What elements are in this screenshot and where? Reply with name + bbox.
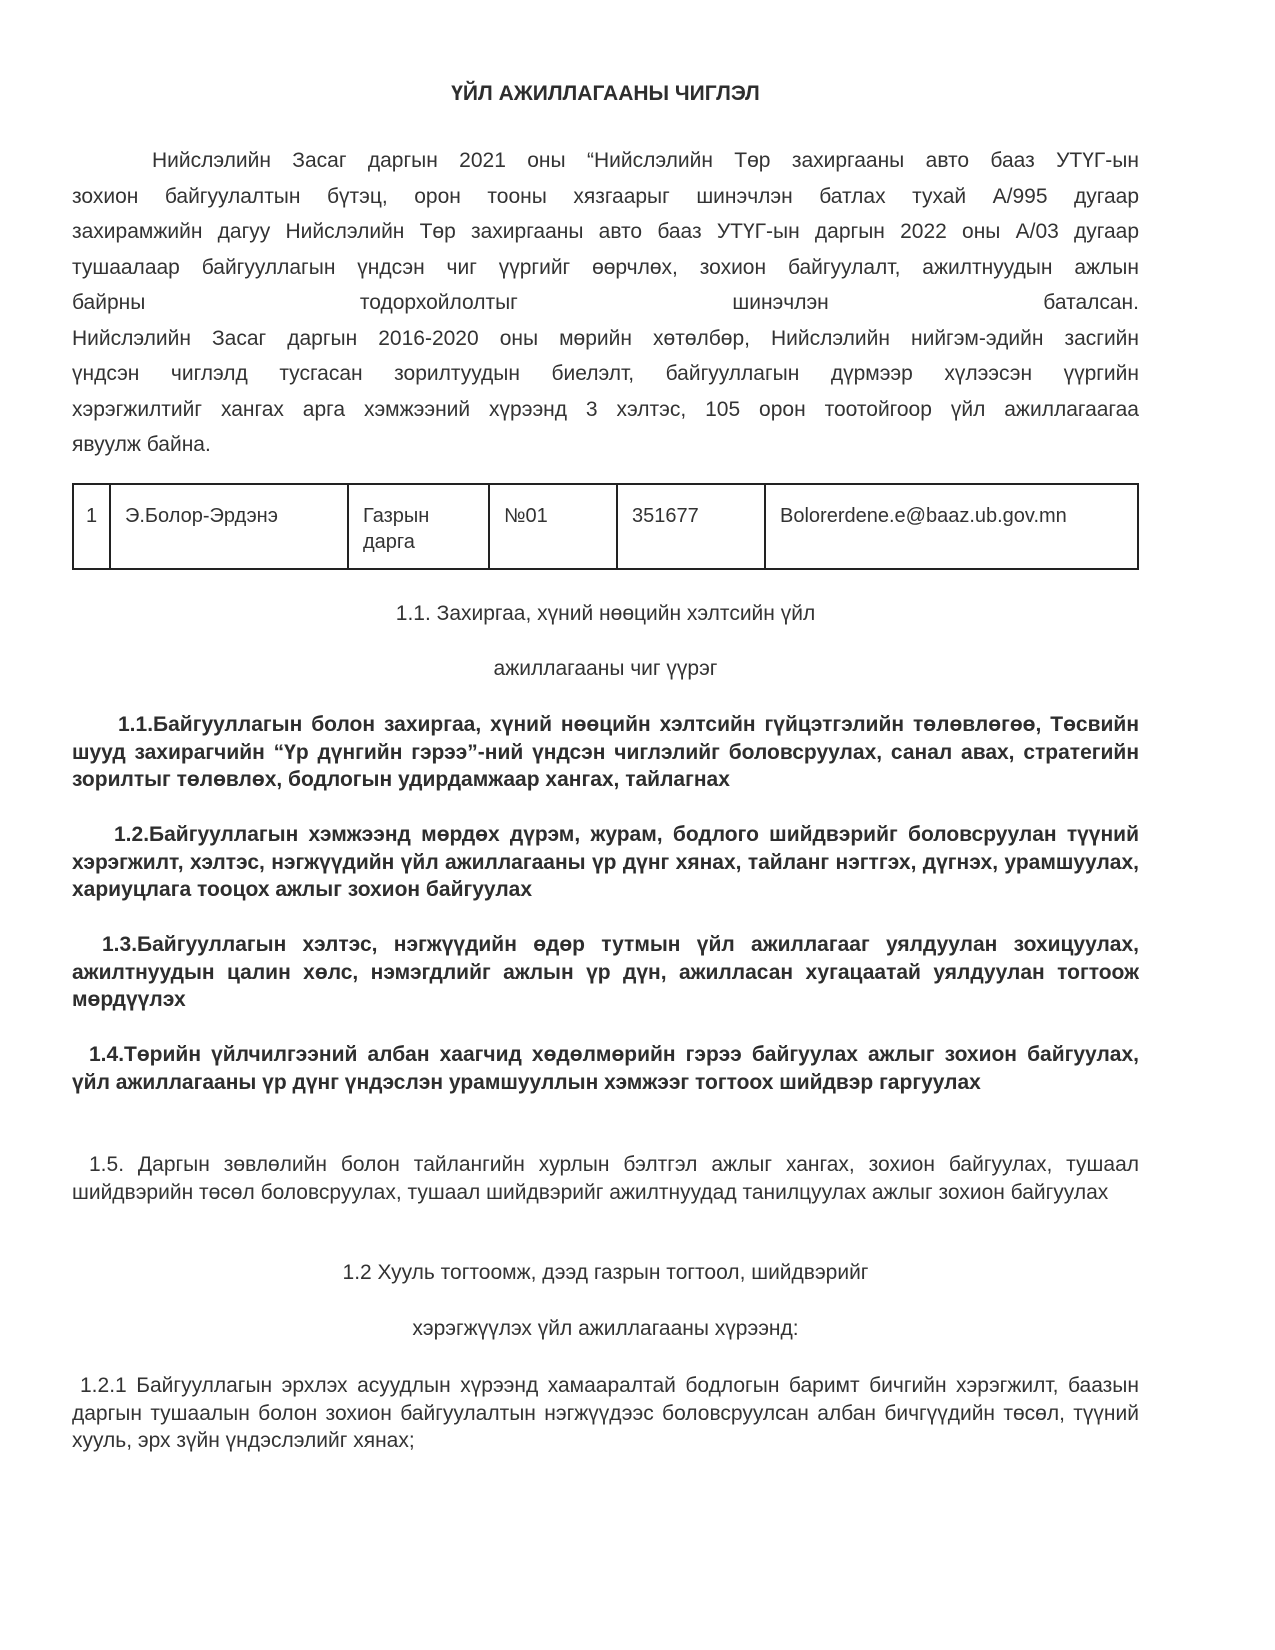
intro-paragraph: Нийслэлийн Засаг даргын 2021 оны “Нийслэ… (72, 143, 1139, 463)
cell-email[interactable]: Bolorerdene.e@baaz.ub.gov.mn (765, 484, 1138, 569)
cell-room: №01 (489, 484, 617, 569)
cell-number: 1 (73, 484, 110, 569)
section-item-1-2: 1.2.Байгууллагын хэмжээнд мөрдөх дүрэм, … (72, 821, 1139, 904)
intro-line: явуулж байна. (72, 427, 1139, 463)
section-1-2-heading-line2: хэрэгжүүлэх үйл ажиллагааны хүрээнд: (72, 1316, 1139, 1342)
intro-line: Нийслэлийн Засаг даргын 2021 оны “Нийслэ… (72, 143, 1139, 179)
section-1-1-heading-line2: ажиллагааны чиг үүрэг (72, 656, 1139, 682)
document-title: ҮЙЛ АЖИЛЛАГААНЫ ЧИГЛЭЛ (72, 81, 1139, 107)
section-item-1-2-1: 1.2.1 Байгууллагын эрхлэх асуудлын хүрээ… (72, 1372, 1139, 1455)
section-item-1-3: 1.3.Байгууллагын хэлтэс, нэгжүүдийн өдөр… (72, 931, 1139, 1014)
contact-table: 1 Э.Болор-Эрдэнэ Газрын дарга №01 351677… (72, 483, 1139, 570)
section-item-1-5: 1.5. Даргын зөвлөлийн болон тайлангийн х… (72, 1151, 1139, 1206)
section-item-1-1: 1.1.Байгууллагын болон захиргаа, хүний н… (72, 711, 1139, 794)
intro-line: тушаалаар байгууллагын үндсэн чиг үүргий… (72, 250, 1139, 286)
section-1-1-heading-line1: 1.1. Захиргаа, хүний нөөцийн хэлтсийн үй… (72, 601, 1139, 627)
section-item-1-4: 1.4.Төрийн үйлчилгээний албан хаагчид хө… (72, 1041, 1139, 1096)
table-row: 1 Э.Болор-Эрдэнэ Газрын дарга №01 351677… (73, 484, 1138, 569)
cell-phone: 351677 (617, 484, 765, 569)
intro-line: зохион байгуулалтын бүтэц, орон тооны хя… (72, 179, 1139, 215)
intro-line: үндсэн чиглэлд тусгасан зорилтуудын биел… (72, 356, 1139, 392)
intro-line: байрны тодорхойлолтыг шинэчлэн баталсан. (72, 285, 1139, 321)
section-1-2-heading-line1: 1.2 Хууль тогтоомж, дээд газрын тогтоол,… (72, 1260, 1139, 1286)
cell-position: Газрын дарга (348, 484, 489, 569)
intro-line: Нийслэлийн Засаг даргын 2016-2020 оны мө… (72, 321, 1139, 357)
intro-line: захирамжийн дагуу Нийслэлийн Төр захирга… (72, 214, 1139, 250)
cell-name: Э.Болор-Эрдэнэ (110, 484, 348, 569)
intro-line: хэрэгжилтийг хангах арга хэмжээний хүрээ… (72, 392, 1139, 428)
